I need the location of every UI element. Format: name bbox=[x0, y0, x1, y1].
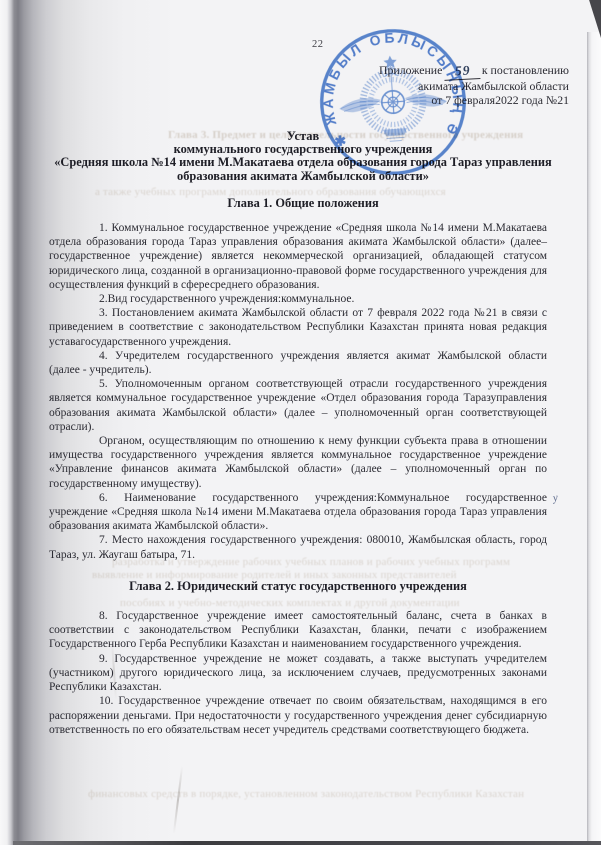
chapter-1-heading: Глава 1. Общие положения bbox=[50, 196, 556, 211]
paragraph-4: 4. Учредителем государственного учрежден… bbox=[49, 349, 547, 377]
scanner-background bbox=[0, 845, 601, 850]
bleedthrough-text: финансовых средств в порядке, установлен… bbox=[88, 788, 524, 800]
chapter-2-heading: Глава 2. Юридический статус государствен… bbox=[49, 579, 547, 593]
paragraph-6: 6. Наименование государственного учрежде… bbox=[49, 491, 547, 534]
paper-crease bbox=[173, 766, 183, 834]
pen-mark: у bbox=[552, 492, 559, 505]
title-line-3: «Средняя школа №14 имени М.Макатаева отд… bbox=[50, 156, 556, 169]
title-line-4: образования акимата Жамбылской области» bbox=[50, 170, 556, 183]
document-title: Устав коммунального государственного учр… bbox=[50, 130, 556, 183]
appendix-suffix: к постановлению bbox=[482, 63, 569, 77]
paragraph-3: 3. Постановлением акимата Жамбылской обл… bbox=[49, 306, 547, 349]
paragraph-1: 1. Коммунальное государственное учрежден… bbox=[49, 221, 547, 292]
paragraph-10: 10. Государственное учреждение отвечает … bbox=[49, 694, 547, 737]
page-bottom-edge bbox=[13, 841, 601, 845]
official-round-stamp: ✱ ЖАМБЫЛ ОБЛЫСЫНЫҢ ӘКІМІ bbox=[313, 22, 473, 182]
paragraph-5a: Органом, осуществляющим по отношению к н… bbox=[49, 434, 547, 491]
document-body: 1. Коммунальное государственное учрежден… bbox=[49, 221, 547, 737]
paragraph-2: 2.Вид государственного учреждения:коммун… bbox=[49, 292, 547, 306]
kazakhstan-emblem-icon bbox=[336, 52, 450, 145]
paragraph-7: 7. Место нахождения государственного учр… bbox=[49, 533, 547, 561]
paragraph-8: 8. Государственное учреждение имеет само… bbox=[49, 609, 547, 652]
paragraph-5: 5. Уполномоченным органом соответствующе… bbox=[49, 377, 547, 434]
page-right-edge bbox=[587, 32, 601, 842]
paragraph-9: 9. Государственное учреждение не может с… bbox=[49, 652, 547, 695]
scanned-page: Глава 3. Предмет и цели деятельности гос… bbox=[0, 0, 601, 850]
